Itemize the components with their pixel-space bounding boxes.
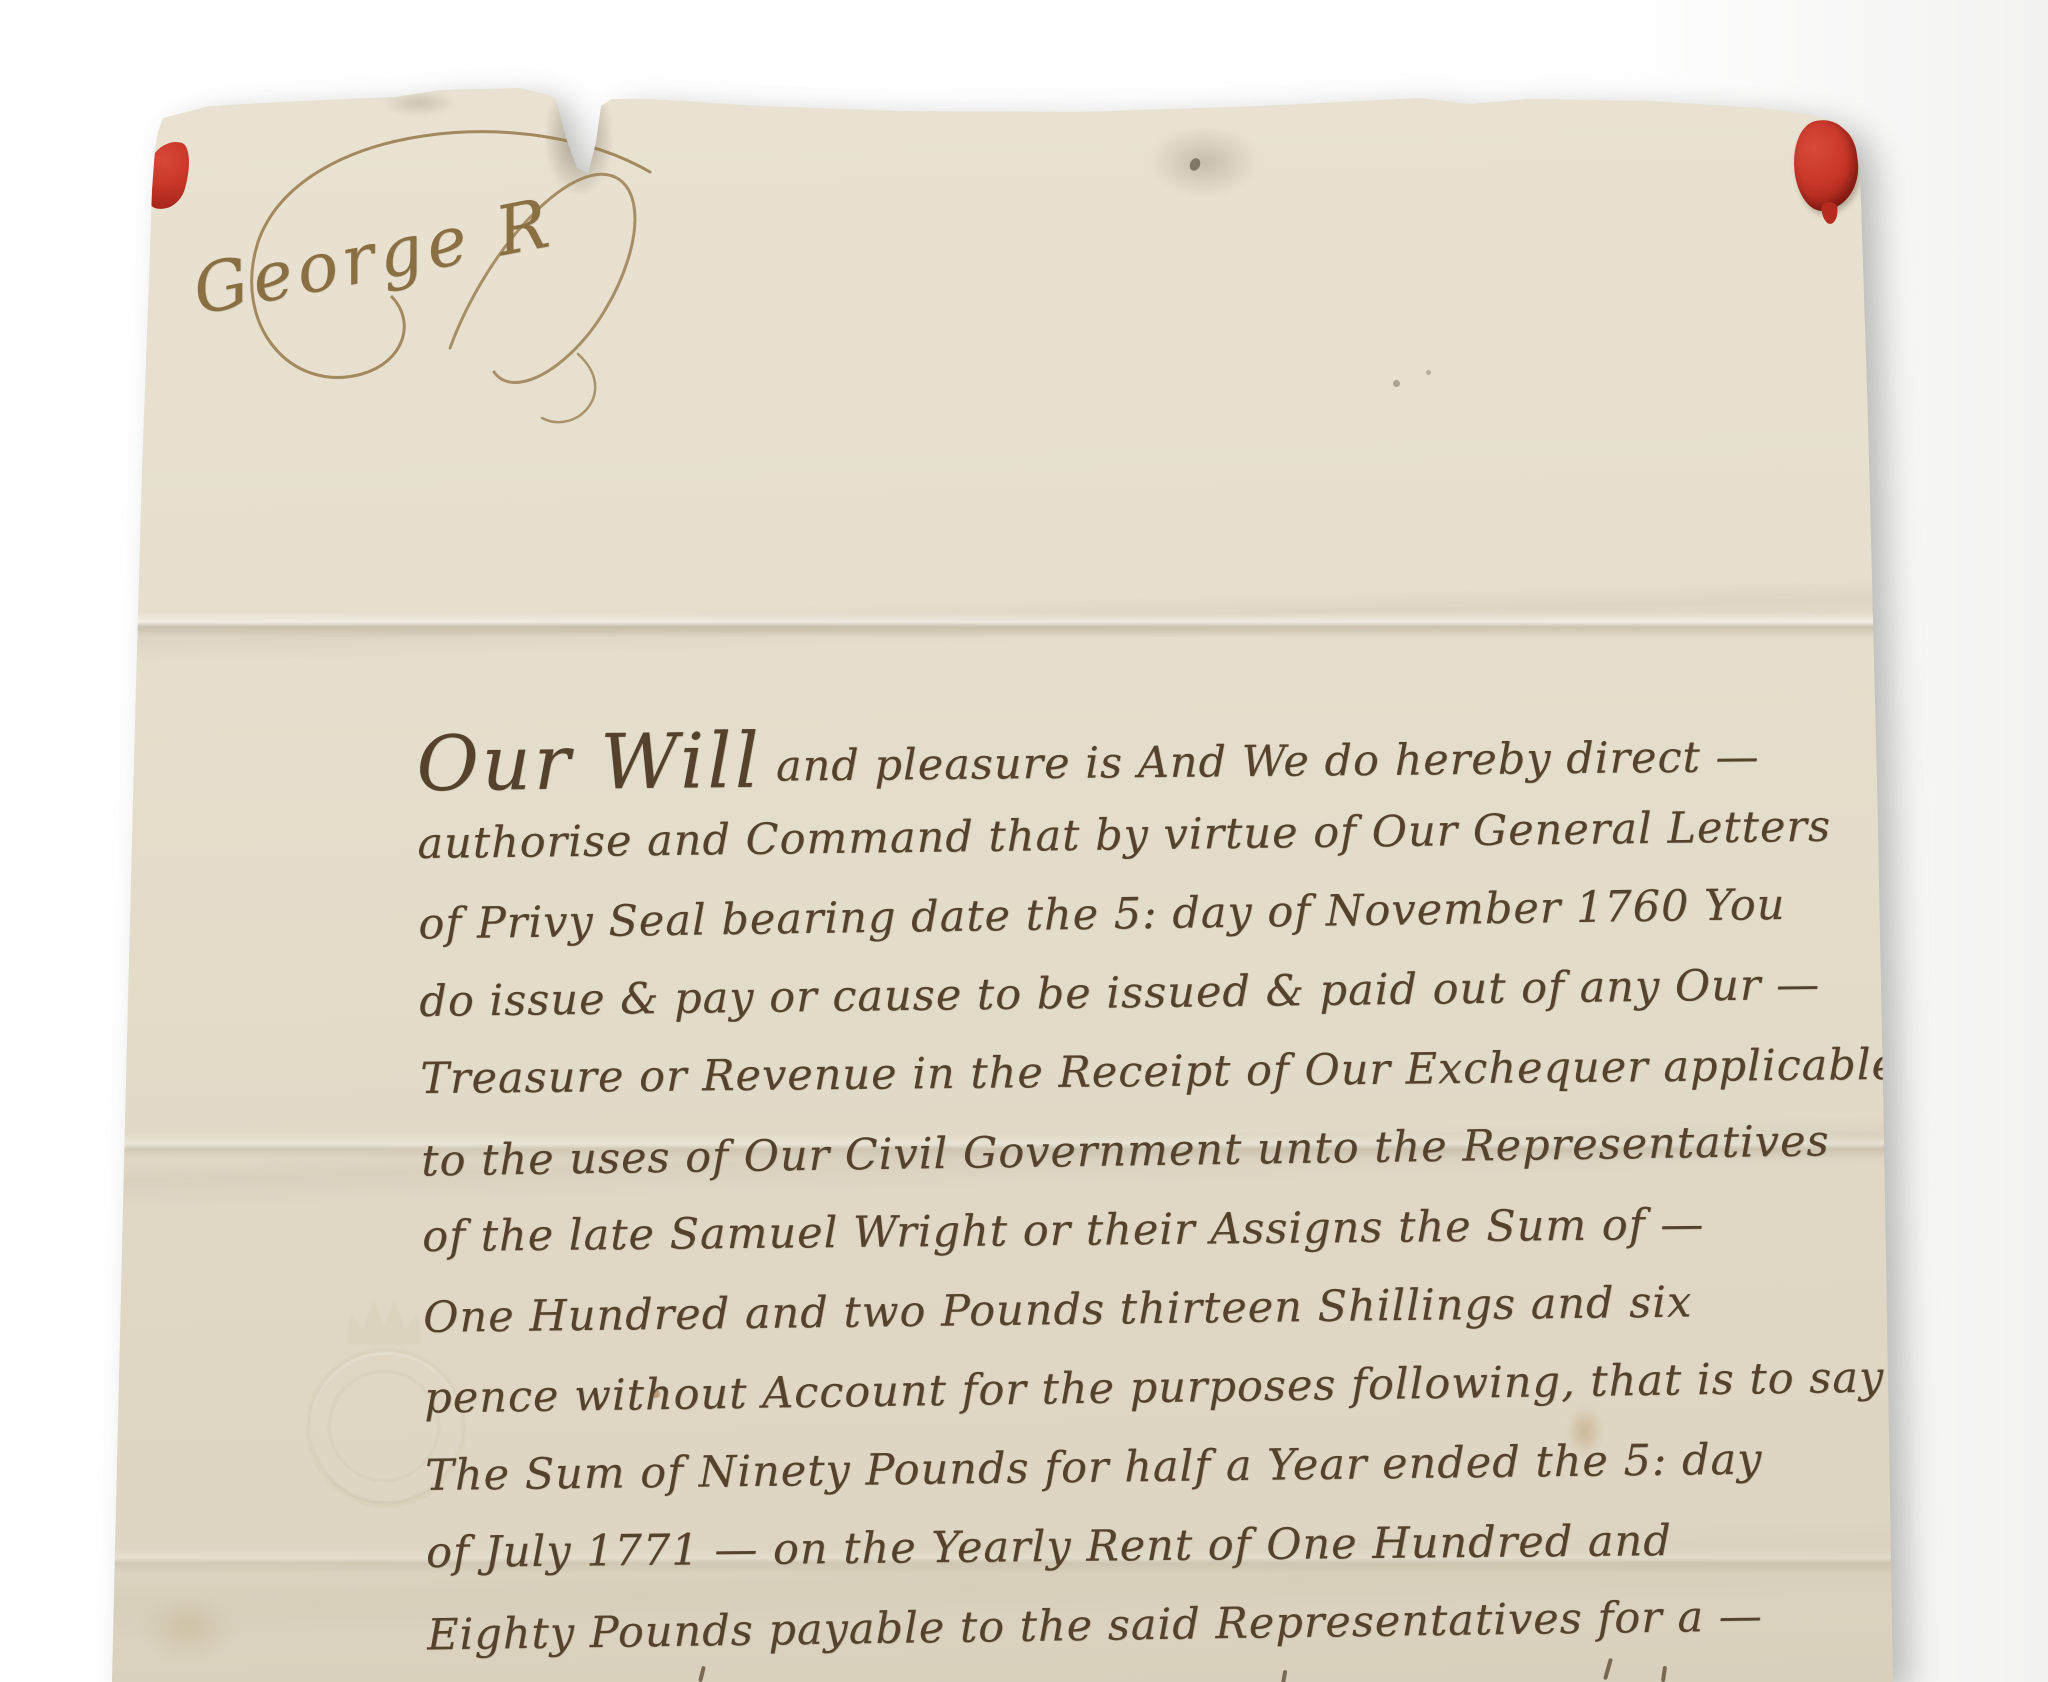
manuscript-body: Our Willand pleasure is And We do hereby…	[416, 708, 1887, 1674]
grey-stain	[1148, 126, 1260, 198]
manuscript-line-text: and pleasure is And We do hereby direct …	[776, 732, 1760, 791]
paper-shadow-wrap: George R Our Willand pleasure is And We …	[0, 0, 2048, 1682]
wax-seal-top-right	[1789, 116, 1863, 213]
paper-tear-shadow	[546, 100, 612, 194]
wax-seal-top-left	[137, 136, 197, 215]
ink-speck	[1393, 380, 1400, 387]
manuscript-line: of the late Samuel Wright or their Assig…	[422, 1184, 1883, 1277]
manuscript-opening-words: Our Will	[416, 716, 762, 808]
ink-speck	[1426, 370, 1431, 375]
photo-stage: George R Our Willand pleasure is And We …	[0, 0, 2048, 1682]
crown-emboss-icon	[346, 1296, 422, 1344]
ink-speck	[1188, 157, 1202, 173]
foxing-stain	[140, 1596, 236, 1660]
document-paper: George R Our Willand pleasure is And We …	[0, 0, 2048, 1682]
fold-crease-upper	[0, 612, 2048, 638]
manuscript-line: Our Willand pleasure is And We do hereby…	[416, 710, 1877, 803]
royal-signature: George R	[187, 184, 560, 331]
edge-smudge	[382, 90, 456, 116]
